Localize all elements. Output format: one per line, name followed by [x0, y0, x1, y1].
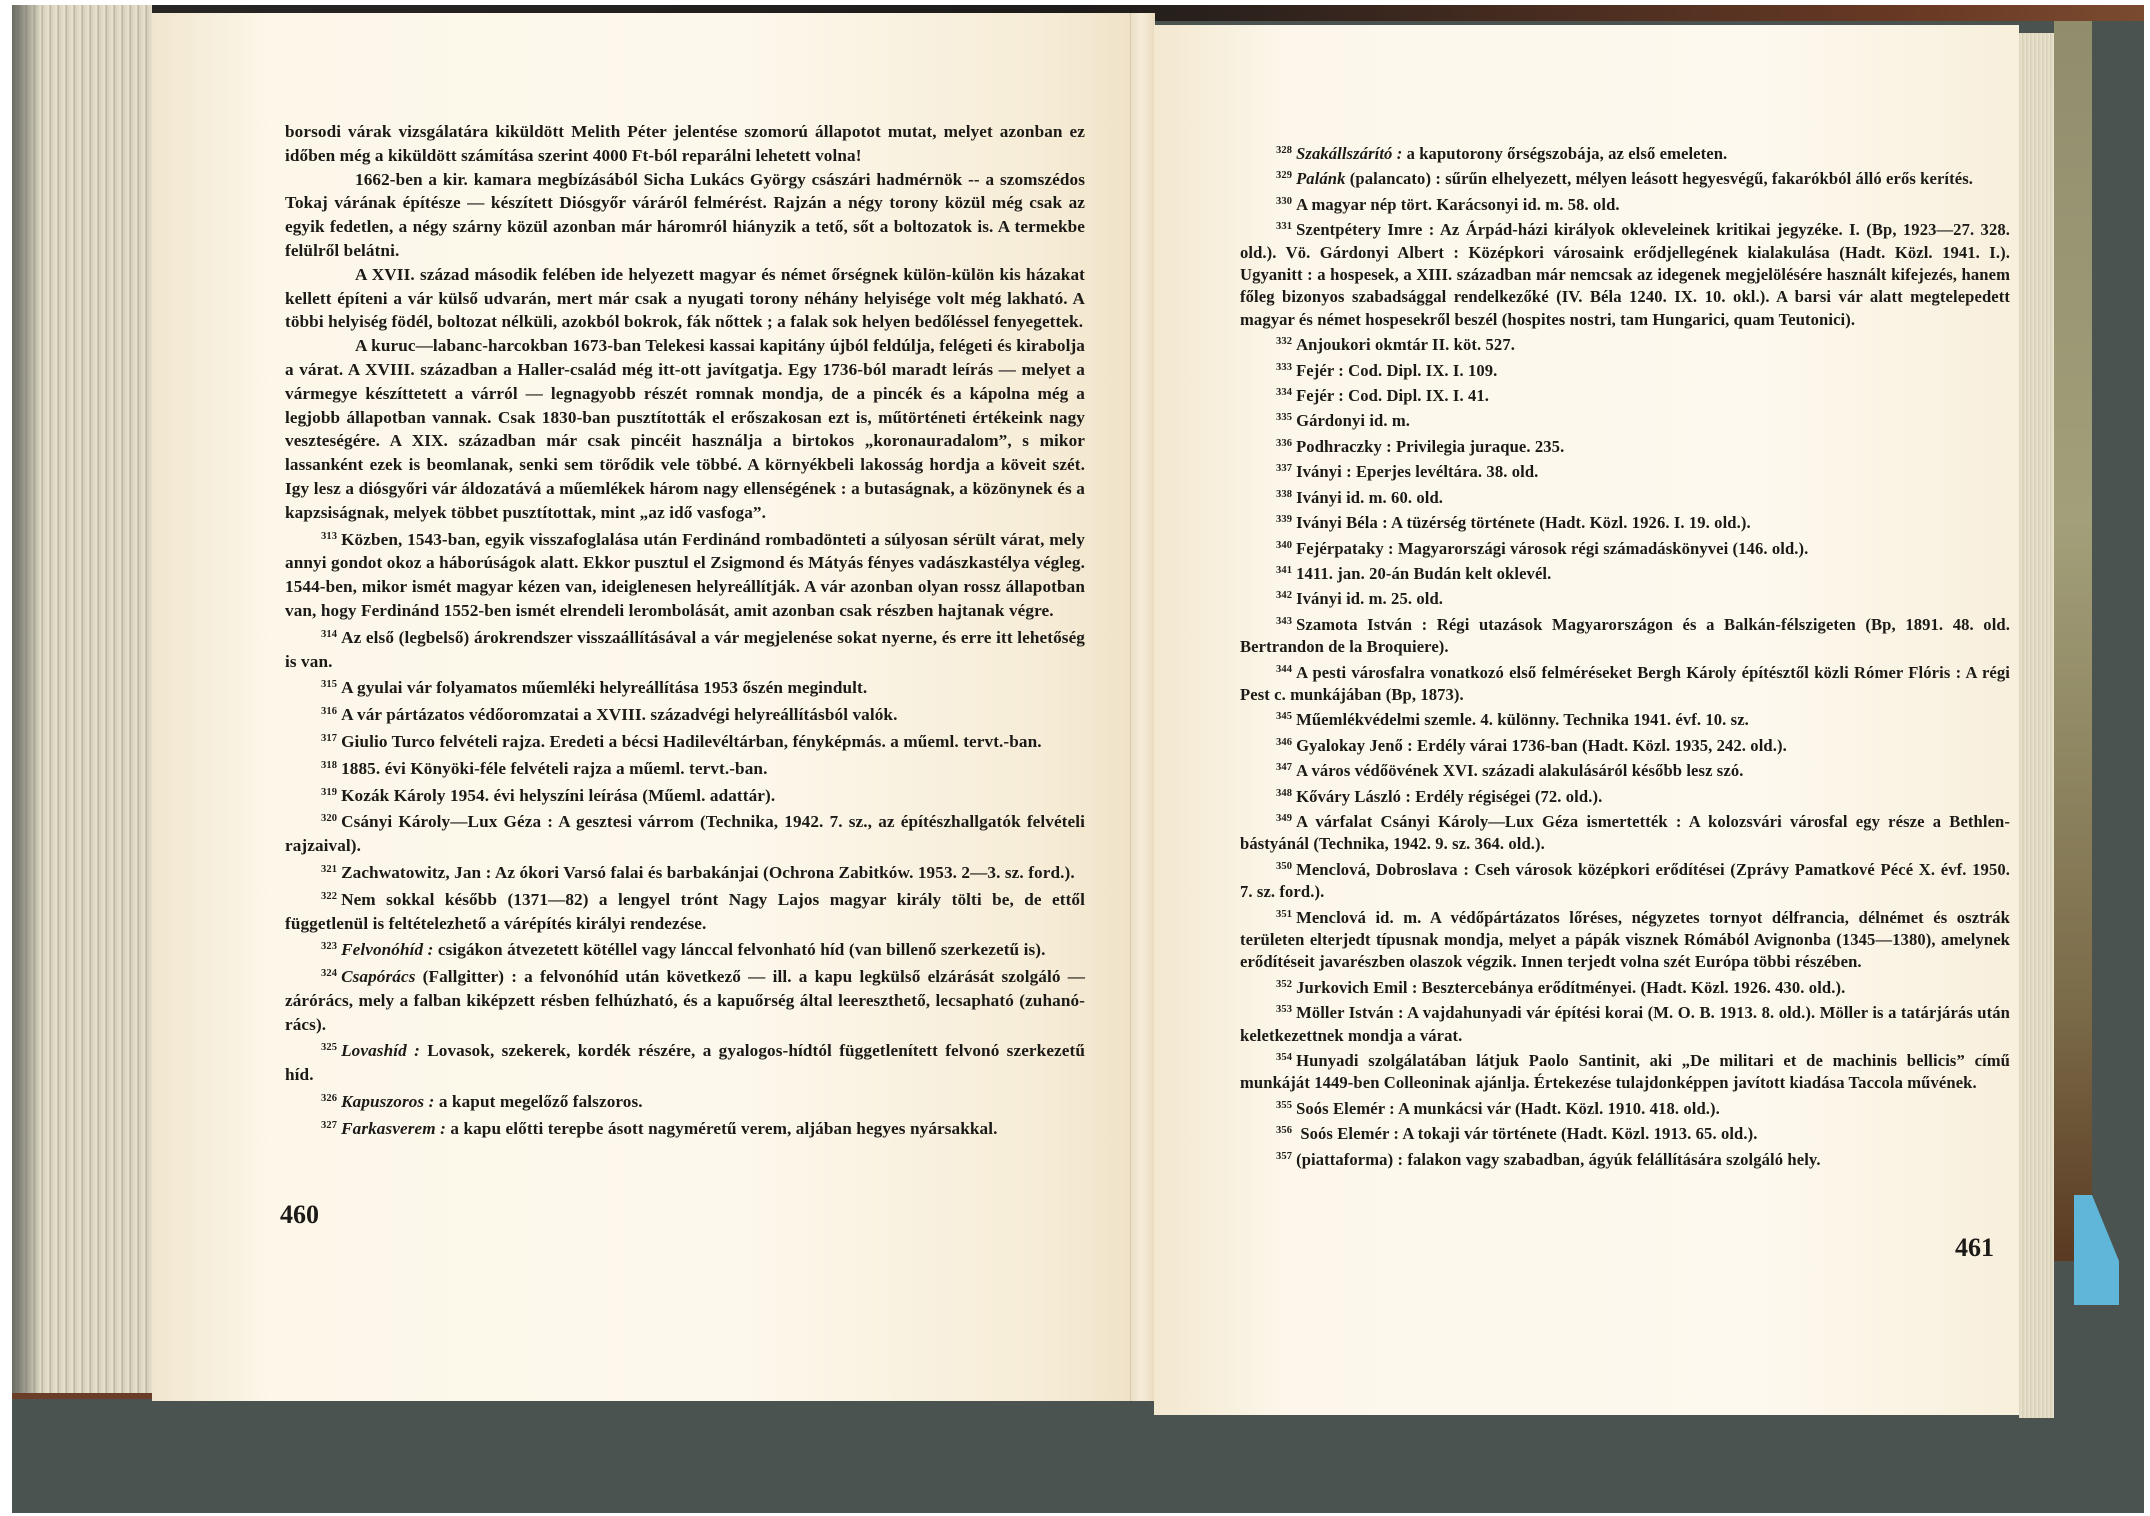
footnote-text: Kozák Károly 1954. évi helyszíni leírása… — [341, 786, 775, 805]
footnote: 320Csányi Károly—Lux Géza : A gesztesi v… — [285, 807, 1085, 858]
footnote: 316A vár pártázatos védőoromzatai a XVII… — [285, 700, 1085, 727]
left-page-stack — [12, 5, 152, 1399]
footnote: 342Iványi id. m. 25. old. — [1240, 585, 2010, 610]
footnote-text: Iványi id. m. 60. old. — [1296, 488, 1443, 507]
footnote: 322Nem sokkal később (1371—82) a lengyel… — [285, 885, 1085, 936]
footnote-text: Giulio Turco felvételi rajza. Eredeti a … — [341, 732, 1042, 751]
footnote-number: 314 — [321, 629, 337, 640]
footnote-number: 321 — [321, 864, 337, 875]
footnote-text: 1885. évi Könyöki-féle felvételi rajza a… — [341, 759, 767, 778]
footnote-number: 338 — [1276, 489, 1292, 500]
footnote-text: Fejér : Cod. Dipl. IX. I. 41. — [1296, 386, 1489, 405]
footnote-text: Podhraczky : Privilegia juraque. 235. — [1296, 437, 1564, 456]
footnote-text: Kőváry László : Erdély régiségei (72. ol… — [1296, 787, 1602, 806]
footnote-term: Felvonóhíd : — [341, 940, 433, 959]
footnote: 337Iványi : Eperjes levéltára. 38. old. — [1240, 458, 2010, 483]
footnote-text: Nem sokkal később (1371—82) a lengyel tr… — [285, 890, 1085, 933]
footnote-number: 332 — [1276, 336, 1292, 347]
footnote-number: 331 — [1276, 221, 1292, 232]
footnote-text: Soós Elemér : A munkácsi vár (Hadt. Közl… — [1296, 1099, 1720, 1118]
footnote: 3411411. jan. 20-án Budán kelt oklevél. — [1240, 560, 2010, 585]
footnote-term: Szakállszárító : — [1296, 144, 1402, 163]
footnote: 333Fejér : Cod. Dipl. IX. I. 109. — [1240, 357, 2010, 382]
footnote-number: 353 — [1276, 1004, 1292, 1015]
footnote-number: 330 — [1276, 196, 1292, 207]
footnote-text: Gyalokay Jenő : Erdély várai 1736-ban (H… — [1296, 736, 1787, 755]
footnote: 317Giulio Turco felvételi rajza. Eredeti… — [285, 727, 1085, 754]
footnote-text: 1411. jan. 20-án Budán kelt oklevél. — [1296, 564, 1551, 583]
footnote-number: 326 — [321, 1093, 337, 1104]
footnote-number: 343 — [1276, 616, 1292, 627]
footnote: 348Kőváry László : Erdély régiségei (72.… — [1240, 783, 2010, 808]
footnote-text: Csányi Károly—Lux Géza : A gesztesi várr… — [285, 812, 1085, 855]
footnote-number: 354 — [1276, 1052, 1292, 1063]
footnote: 354Hunyadi szolgálatában látjuk Paolo Sa… — [1240, 1047, 2010, 1095]
footnote-text: Szentpétery Imre : Az Árpád-házi királyo… — [1240, 220, 2010, 329]
book-cover-right-edge — [2054, 21, 2092, 1261]
footnote: 327Farkasverem : a kapu előtti terepbe á… — [285, 1114, 1085, 1141]
footnote-term: Csapórács — [341, 967, 415, 986]
footnote-text: Műemlékvédelmi szemle. 4. különny. Techn… — [1296, 710, 1749, 729]
footnote-text: Fejér : Cod. Dipl. IX. I. 109. — [1296, 361, 1497, 380]
footnote: 349A várfalat Csányi Károly—Lux Géza ism… — [1240, 808, 2010, 856]
footnote-text: Hunyadi szolgálatában látjuk Paolo Santi… — [1240, 1051, 2010, 1092]
footnote-number: 357 — [1276, 1151, 1292, 1162]
footnote: 326Kapuszoros : a kaput megelőző falszor… — [285, 1087, 1085, 1114]
footnote-number: 347 — [1276, 762, 1292, 773]
footnote-number: 352 — [1276, 979, 1292, 990]
footnote: 325Lovashíd : Lovasok, szekerek, kordék … — [285, 1036, 1085, 1087]
footnote: 313Közben, 1543-ban, egyik visszafoglalá… — [285, 525, 1085, 623]
footnote-number: 351 — [1276, 909, 1292, 920]
footnote-term: Lovashíd : — [341, 1041, 420, 1060]
footnote: 356 Soós Elemér : A tokaji vár története… — [1240, 1120, 2010, 1145]
footnote-text: Közben, 1543-ban, egyik visszafoglalása … — [285, 530, 1085, 620]
footnote: 346Gyalokay Jenő : Erdély várai 1736-ban… — [1240, 732, 2010, 757]
footnote-text: Fejérpataky : Magyarországi városok régi… — [1296, 539, 1808, 558]
footnote-number: 344 — [1276, 664, 1292, 675]
footnote-text: a kaputorony őrségszobája, az első emele… — [1407, 144, 1728, 163]
footnote-number: 356 — [1276, 1125, 1292, 1136]
footnote-text: Möller István : A vajdahunyadi vár építé… — [1240, 1003, 2010, 1044]
footnote-text: Menclová id. m. A védőpártázatos lőréses… — [1240, 908, 2010, 972]
footnote-number: 323 — [321, 941, 337, 952]
footnote: 324Csapórács (Fallgitter) : a felvonóhíd… — [285, 962, 1085, 1036]
footnote-number: 315 — [321, 679, 337, 690]
footnote-number: 329 — [1276, 170, 1292, 181]
paragraph: A XVII. század második felében ide helye… — [285, 263, 1085, 334]
footnote: 335Gárdonyi id. m. — [1240, 407, 2010, 432]
paragraph: A kuruc—labanc-harcokban 1673-ban Teleke… — [285, 334, 1085, 524]
footnote: 336Podhraczky : Privilegia juraque. 235. — [1240, 433, 2010, 458]
footnote-number: 346 — [1276, 737, 1292, 748]
footnote: 344A pesti városfalra vonatkozó első fel… — [1240, 659, 2010, 707]
footnote-number: 345 — [1276, 711, 1292, 722]
footnote-number: 317 — [321, 733, 337, 744]
footnote-text: Jurkovich Emil : Besztercebánya erődítmé… — [1296, 978, 1845, 997]
footnote-number: 335 — [1276, 412, 1292, 423]
footnote: 332Anjoukori okmtár II. köt. 527. — [1240, 331, 2010, 356]
footnote: 328Szakállszárító : a kaputorony őrségsz… — [1240, 140, 2010, 165]
footnote-number: 350 — [1276, 861, 1292, 872]
footnote-text: (palancato) : sűrűn elhelyezett, mélyen … — [1350, 169, 1973, 188]
page-number-left: 460 — [280, 1200, 319, 1230]
footnote: 343Szamota István : Régi utazások Magyar… — [1240, 611, 2010, 659]
footnote-number: 339 — [1276, 514, 1292, 525]
footnote-text: (piattaforma) : falakon vagy szabadban, … — [1296, 1150, 1821, 1169]
footnote-text: Soós Elemér : A tokaji vár története (Ha… — [1300, 1124, 1757, 1143]
footnote: 329Palánk (palancato) : sűrűn elhelyezet… — [1240, 165, 2010, 190]
footnote-number: 324 — [321, 968, 337, 979]
footnote-term: Palánk — [1296, 169, 1345, 188]
footnote-text: csigákon átvezetett kötéllel vagy láncca… — [438, 940, 1046, 959]
footnote: 330A magyar nép tört. Karácsonyi id. m. … — [1240, 191, 2010, 216]
footnote-number: 348 — [1276, 788, 1292, 799]
footnote-number: 325 — [321, 1042, 337, 1053]
footnote-text: Iványi Béla : A tüzérség története (Hadt… — [1296, 513, 1751, 532]
footnote-number: 342 — [1276, 590, 1292, 601]
footnote: 338Iványi id. m. 60. old. — [1240, 484, 2010, 509]
footnote-text: a kapu előtti terepbe ásott nagyméretű v… — [450, 1119, 997, 1138]
footnote-text: Az első (legbelső) árokrendszer visszaál… — [285, 628, 1085, 671]
footnote-text: A pesti városfalra vonatkozó első felmér… — [1240, 663, 2010, 704]
footnote: 351Menclová id. m. A védőpártázatos lőré… — [1240, 904, 2010, 974]
footnote-term: Kapuszoros : — [341, 1092, 434, 1111]
footnote-number: 327 — [321, 1120, 337, 1131]
footnote-text: Szamota István : Régi utazások Magyarors… — [1240, 615, 2010, 656]
footnote: 353Möller István : A vajdahunyadi vár ép… — [1240, 999, 2010, 1047]
footnote: 323Felvonóhíd : csigákon átvezetett köté… — [285, 935, 1085, 962]
book-gutter — [1130, 13, 1155, 1401]
footnote-text: A vár pártázatos védőoromzatai a XVIII. … — [341, 705, 897, 724]
footnote-number: 336 — [1276, 438, 1292, 449]
footnote-text: Iványi id. m. 25. old. — [1296, 589, 1443, 608]
footnote: 345Műemlékvédelmi szemle. 4. különny. Te… — [1240, 706, 2010, 731]
footnote-text: Anjoukori okmtár II. köt. 527. — [1296, 335, 1515, 354]
footnote-text: A gyulai vár folyamatos műemléki helyreá… — [341, 678, 867, 697]
footnote: 321Zachwatowitz, Jan : Az ókori Varsó fa… — [285, 858, 1085, 885]
page-number-right: 461 — [1955, 1233, 1994, 1263]
paragraph: borsodi várak vizsgálatára kiküldött Mel… — [285, 120, 1085, 168]
footnote-number: 316 — [321, 706, 337, 717]
bookmark-ribbon — [2074, 1195, 2119, 1305]
footnote-number: 341 — [1276, 565, 1292, 576]
footnote-number: 340 — [1276, 540, 1292, 551]
footnote: 314Az első (legbelső) árokrendszer vissz… — [285, 623, 1085, 674]
footnote-number: 333 — [1276, 362, 1292, 373]
footnote-number: 349 — [1276, 813, 1292, 824]
footnote-number: 318 — [321, 760, 337, 771]
footnote: 350Menclová, Dobroslava : Cseh városok k… — [1240, 856, 2010, 904]
footnote-term: Farkasverem : — [341, 1119, 446, 1138]
footnote: 334Fejér : Cod. Dipl. IX. I. 41. — [1240, 382, 2010, 407]
right-page-stack — [2019, 33, 2054, 1418]
footnote-text: Menclová, Dobroslava : Cseh városok közé… — [1240, 860, 2010, 901]
footnote-text: A várfalat Csányi Károly—Lux Géza ismert… — [1240, 812, 2010, 853]
footnote: 331Szentpétery Imre : Az Árpád-házi kirá… — [1240, 216, 2010, 331]
footnote: 3181885. évi Könyöki-féle felvételi rajz… — [285, 754, 1085, 781]
footnote-number: 334 — [1276, 387, 1292, 398]
footnote-text: a kaput megelőző falszoros. — [439, 1092, 643, 1111]
footnote: 340Fejérpataky : Magyarországi városok r… — [1240, 535, 2010, 560]
footnote: 347A város védőövének XVI. századi alaku… — [1240, 757, 2010, 782]
footnote-number: 313 — [321, 531, 337, 542]
footnote: 315A gyulai vár folyamatos műemléki hely… — [285, 673, 1085, 700]
footnote-text: Zachwatowitz, Jan : Az ókori Varsó falai… — [341, 863, 1075, 882]
footnote-text: Gárdonyi id. m. — [1296, 411, 1410, 430]
right-page-text: 328Szakállszárító : a kaputorony őrségsz… — [1240, 140, 2010, 1171]
paragraph: 1662-ben a kir. kamara megbízásából Sich… — [285, 168, 1085, 263]
left-page-text: borsodi várak vizsgálatára kiküldött Mel… — [285, 120, 1085, 1141]
footnote-number: 320 — [321, 813, 337, 824]
footnote-number: 322 — [321, 891, 337, 902]
footnote: 339Iványi Béla : A tüzérség története (H… — [1240, 509, 2010, 534]
footnote-number: 328 — [1276, 145, 1292, 156]
footnote-number: 337 — [1276, 463, 1292, 474]
footnote: 357(piattaforma) : falakon vagy szabadba… — [1240, 1146, 2010, 1171]
footnote: 355Soós Elemér : A munkácsi vár (Hadt. K… — [1240, 1095, 2010, 1120]
footnote-text: A magyar nép tört. Karácsonyi id. m. 58.… — [1296, 195, 1620, 214]
footnote-text: Iványi : Eperjes levéltára. 38. old. — [1296, 462, 1538, 481]
footnote-number: 355 — [1276, 1100, 1292, 1111]
footnote-text: A város védőövének XVI. századi alakulás… — [1296, 761, 1743, 780]
footnote: 319Kozák Károly 1954. évi helyszíni leír… — [285, 781, 1085, 808]
footnote: 352Jurkovich Emil : Besztercebánya erődí… — [1240, 974, 2010, 999]
footnote-number: 319 — [321, 787, 337, 798]
